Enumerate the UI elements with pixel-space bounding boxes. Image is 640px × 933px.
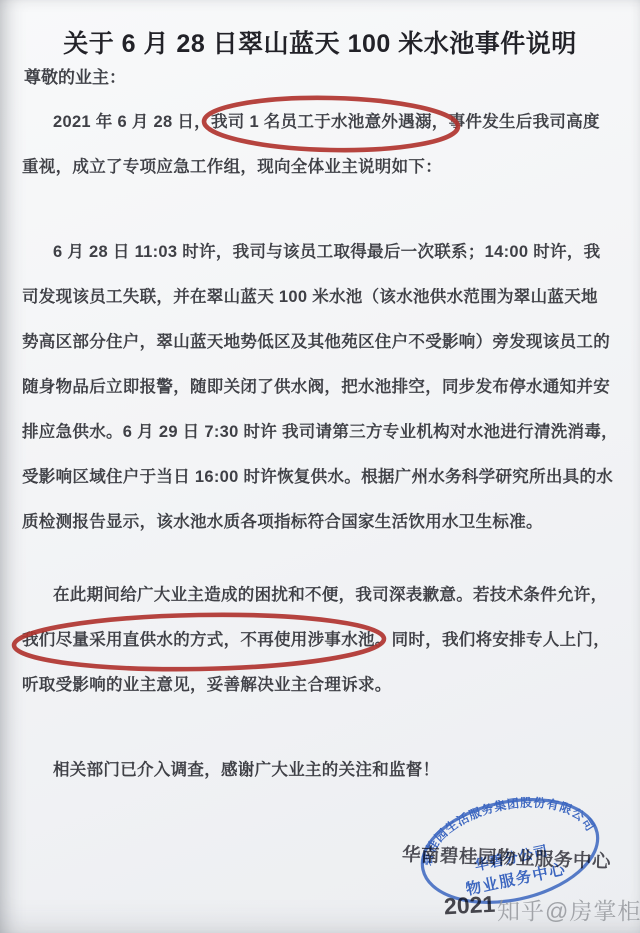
paragraph-line: 听取受影响的业主意见，妥善解决业主合理诉求。: [22, 663, 612, 708]
paragraph-intro: 2021 年 6 月 28 日，我司 1 名员工于水池意外遇溺，事件发生后我司高…: [22, 100, 612, 190]
watermark: 知乎@房掌柜: [497, 893, 640, 926]
paragraph-line: 我们尽量采用直供水的方式，不再使用涉事水池。同时，我们将安排专人上门，: [22, 618, 612, 663]
paragraph-line: 重视，成立了专项应急工作组，现向全体业主说明如下：: [22, 145, 612, 190]
document-page: 关于 6 月 28 日翠山蓝天 100 米水池事件说明 尊敬的业主： 2021 …: [0, 0, 640, 933]
salutation: 尊敬的业主：: [24, 64, 126, 92]
paragraph-line: 6 月 28 日 11:03 时许，我司与该员工取得最后一次联系；14:00 时…: [22, 230, 612, 275]
paragraph-timeline: 6 月 28 日 11:03 时许，我司与该员工取得最后一次联系；14:00 时…: [22, 230, 612, 545]
paragraph-line: 质检测报告显示，该水池水质各项指标符合国家生活饮用水卫生标准。: [22, 500, 612, 545]
paragraph-line: 排应急供水。6 月 29 日 7:30 时许 我司请第三方专业机构对水池进行清洗…: [22, 410, 612, 455]
paragraph-apology: 在此期间给广大业主造成的困扰和不便，我司深表歉意。若技术条件允许， 我们尽量采用…: [22, 573, 612, 708]
paragraph-line: 势高区部分住户，翠山蓝天地势低区及其他苑区住户不受影响）旁发现该员工的: [22, 320, 612, 365]
document-title: 关于 6 月 28 日翠山蓝天 100 米水池事件说明: [0, 24, 640, 60]
paragraph-line: 随身物品后立即报警，随即关闭了供水阀，把水池排空，同步发布停水通知并安: [22, 365, 612, 410]
paragraph-line: 2021 年 6 月 28 日，我司 1 名员工于水池意外遇溺，事件发生后我司高…: [22, 100, 612, 145]
paragraph-line: 在此期间给广大业主造成的困扰和不便，我司深表歉意。若技术条件允许，: [22, 573, 612, 618]
paragraph-line: 受影响区域住户于当日 16:00 时许恢复供水。根据广州水务科学研究所出具的水: [22, 455, 612, 500]
paragraph-line: 司发现该员工失联，并在翠山蓝天 100 米水池（该水池供水范围为翠山蓝天地: [22, 275, 612, 320]
